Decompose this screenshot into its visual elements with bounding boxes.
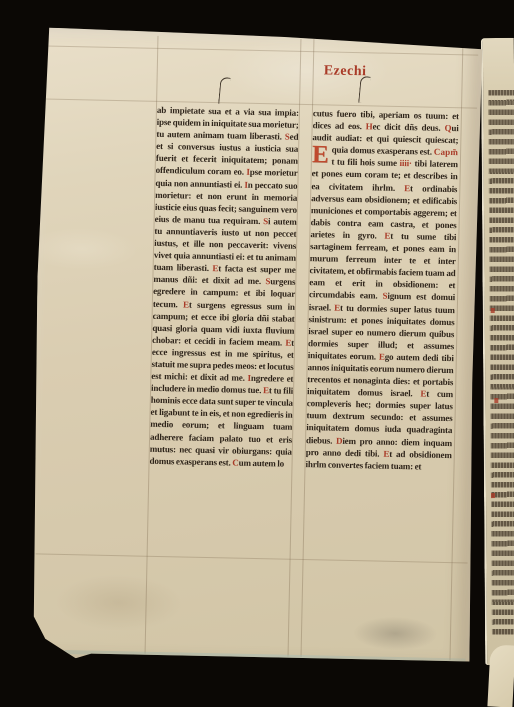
facing-page-text-lines bbox=[488, 90, 514, 638]
chapter-number: iiii· bbox=[399, 158, 414, 168]
page-bottom-edge-tint bbox=[65, 650, 465, 662]
text-run: um autem lo bbox=[239, 457, 285, 468]
facing-page-edge bbox=[481, 38, 514, 665]
text-run: ab impietate sua et a via sua impia: ips… bbox=[156, 105, 299, 142]
drop-cap-initial: E bbox=[312, 143, 332, 165]
facing-page-rubric-mark bbox=[491, 308, 495, 313]
chapter-rubric: Capm̃ bbox=[434, 147, 459, 158]
photo-background: Ezechi ab impietate sua et a via sua imp… bbox=[0, 0, 514, 707]
manuscript-page: Ezechi ab impietate sua et a via sua imp… bbox=[29, 27, 482, 666]
facing-page-rubric-mark bbox=[491, 493, 495, 498]
facing-page-rubric-mark bbox=[494, 398, 498, 403]
ascender-flourish bbox=[218, 77, 230, 105]
under-page-corner bbox=[487, 644, 514, 707]
text-run: t tu fili hois sume bbox=[331, 157, 399, 168]
text-run: ec dicit dñs deus. bbox=[372, 121, 444, 133]
ascender-flourish bbox=[358, 76, 370, 104]
running-title: Ezechi bbox=[324, 63, 367, 80]
text-run: t tu fili hominis ecce data sunt super t… bbox=[149, 385, 293, 467]
text-column-left: ab impietate sua et a via sua impia: ips… bbox=[148, 104, 299, 554]
text-column-right: cutus fuero tibi, aperiam os tuum: et di… bbox=[304, 107, 459, 557]
ruling-line-horizontal bbox=[46, 46, 478, 56]
